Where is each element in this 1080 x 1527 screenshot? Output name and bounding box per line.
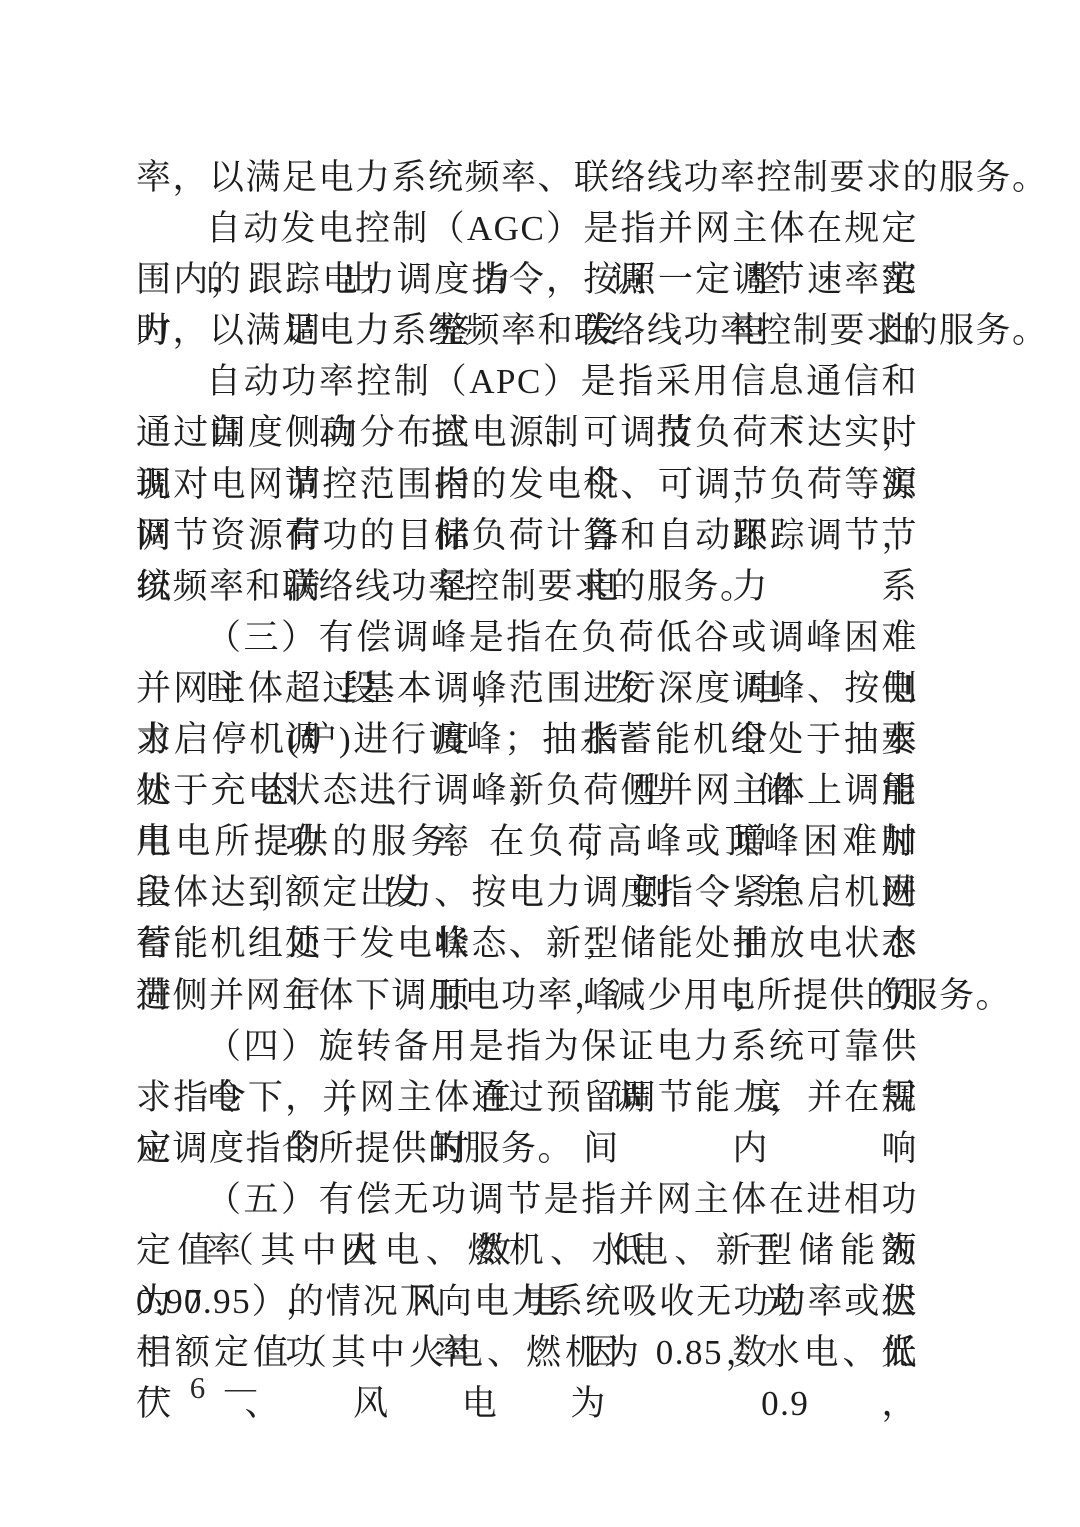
document-body: 率，以满足电力系统频率、联络线功率控制要求的服务。自动发电控制（AGC）是指并网… xyxy=(136,152,918,1378)
text-line: 自动功率控制（APC）是指采用信息通信和自动控制技术， xyxy=(136,356,918,407)
page-number: — 6 — xyxy=(139,1368,262,1408)
text-line: 主体达到额定出力、按电力调度指令紧急启机进行顶峰；抽水 xyxy=(136,867,918,918)
document-page: 率，以满足电力系统频率、联络线功率控制要求的服务。自动发电控制（AGC）是指并网… xyxy=(0,0,1080,1527)
text-line: 现对电网调控范围内的发电机、可调节负荷等源网荷储各环节 xyxy=(136,459,918,510)
text-line: 自动发电控制（AGC）是指并网主体在规定的出力调整范 xyxy=(136,203,918,254)
text-line: 蓄能机组处于发电状态、新型储能处于放电状态进行顶峰；负 xyxy=(136,918,918,969)
text-line: （三）有偿调峰是指在负荷低谷或调峰困难时段，发电侧 xyxy=(136,612,918,663)
text-line: 通过调度侧向分布式电源、可调节负荷下达实时调节指令，实 xyxy=(136,407,918,458)
text-line: 调节资源有功的目标负荷计算和自动跟踪调节，以满足电力系 xyxy=(136,510,918,561)
text-line: 为 0.95）的情况下向电力系统吸收无功功率或迟相功率因数低 xyxy=(136,1276,918,1327)
text-line: 围内，跟踪电力调度指令，按照一定调节速率实时调整发电出 xyxy=(136,254,918,305)
text-line: 求指令下，并网主体通过预留调节能力，并在规定的时间内响 xyxy=(136,1072,918,1123)
text-line: 并网主体超过基本调峰范围进行深度调峰、按电力调度指令要 xyxy=(136,663,918,714)
text-line: （四）旋转备用是指为保证电力系统可靠供电，在调度需 xyxy=(136,1021,918,1072)
text-line: 求启停机(炉)进行调峰；抽水蓄能机组处于抽水状态、新型储能 xyxy=(136,714,918,765)
text-line: 处于充电状态进行调峰；负荷侧并网主体上调用电功率，增加 xyxy=(136,765,918,816)
text-line: （五）有偿无功调节是指并网主体在进相功率因数低于额 xyxy=(136,1174,918,1225)
text-line: 用电所提供的服务。在负荷高峰或顶峰困难时段，发电侧并网 xyxy=(136,816,918,867)
text-line: 定值（其中火电、燃机、水电、新型储能为 0.97，风电、光伏 xyxy=(136,1225,918,1276)
text-line: 荷侧并网主体下调用电功率，减少用电所提供的服务。 xyxy=(136,970,918,1021)
text-line: 力，以满足电力系统频率和联络线功率控制要求的服务。 xyxy=(136,305,918,356)
text-line: 率，以满足电力系统频率、联络线功率控制要求的服务。 xyxy=(136,152,918,203)
